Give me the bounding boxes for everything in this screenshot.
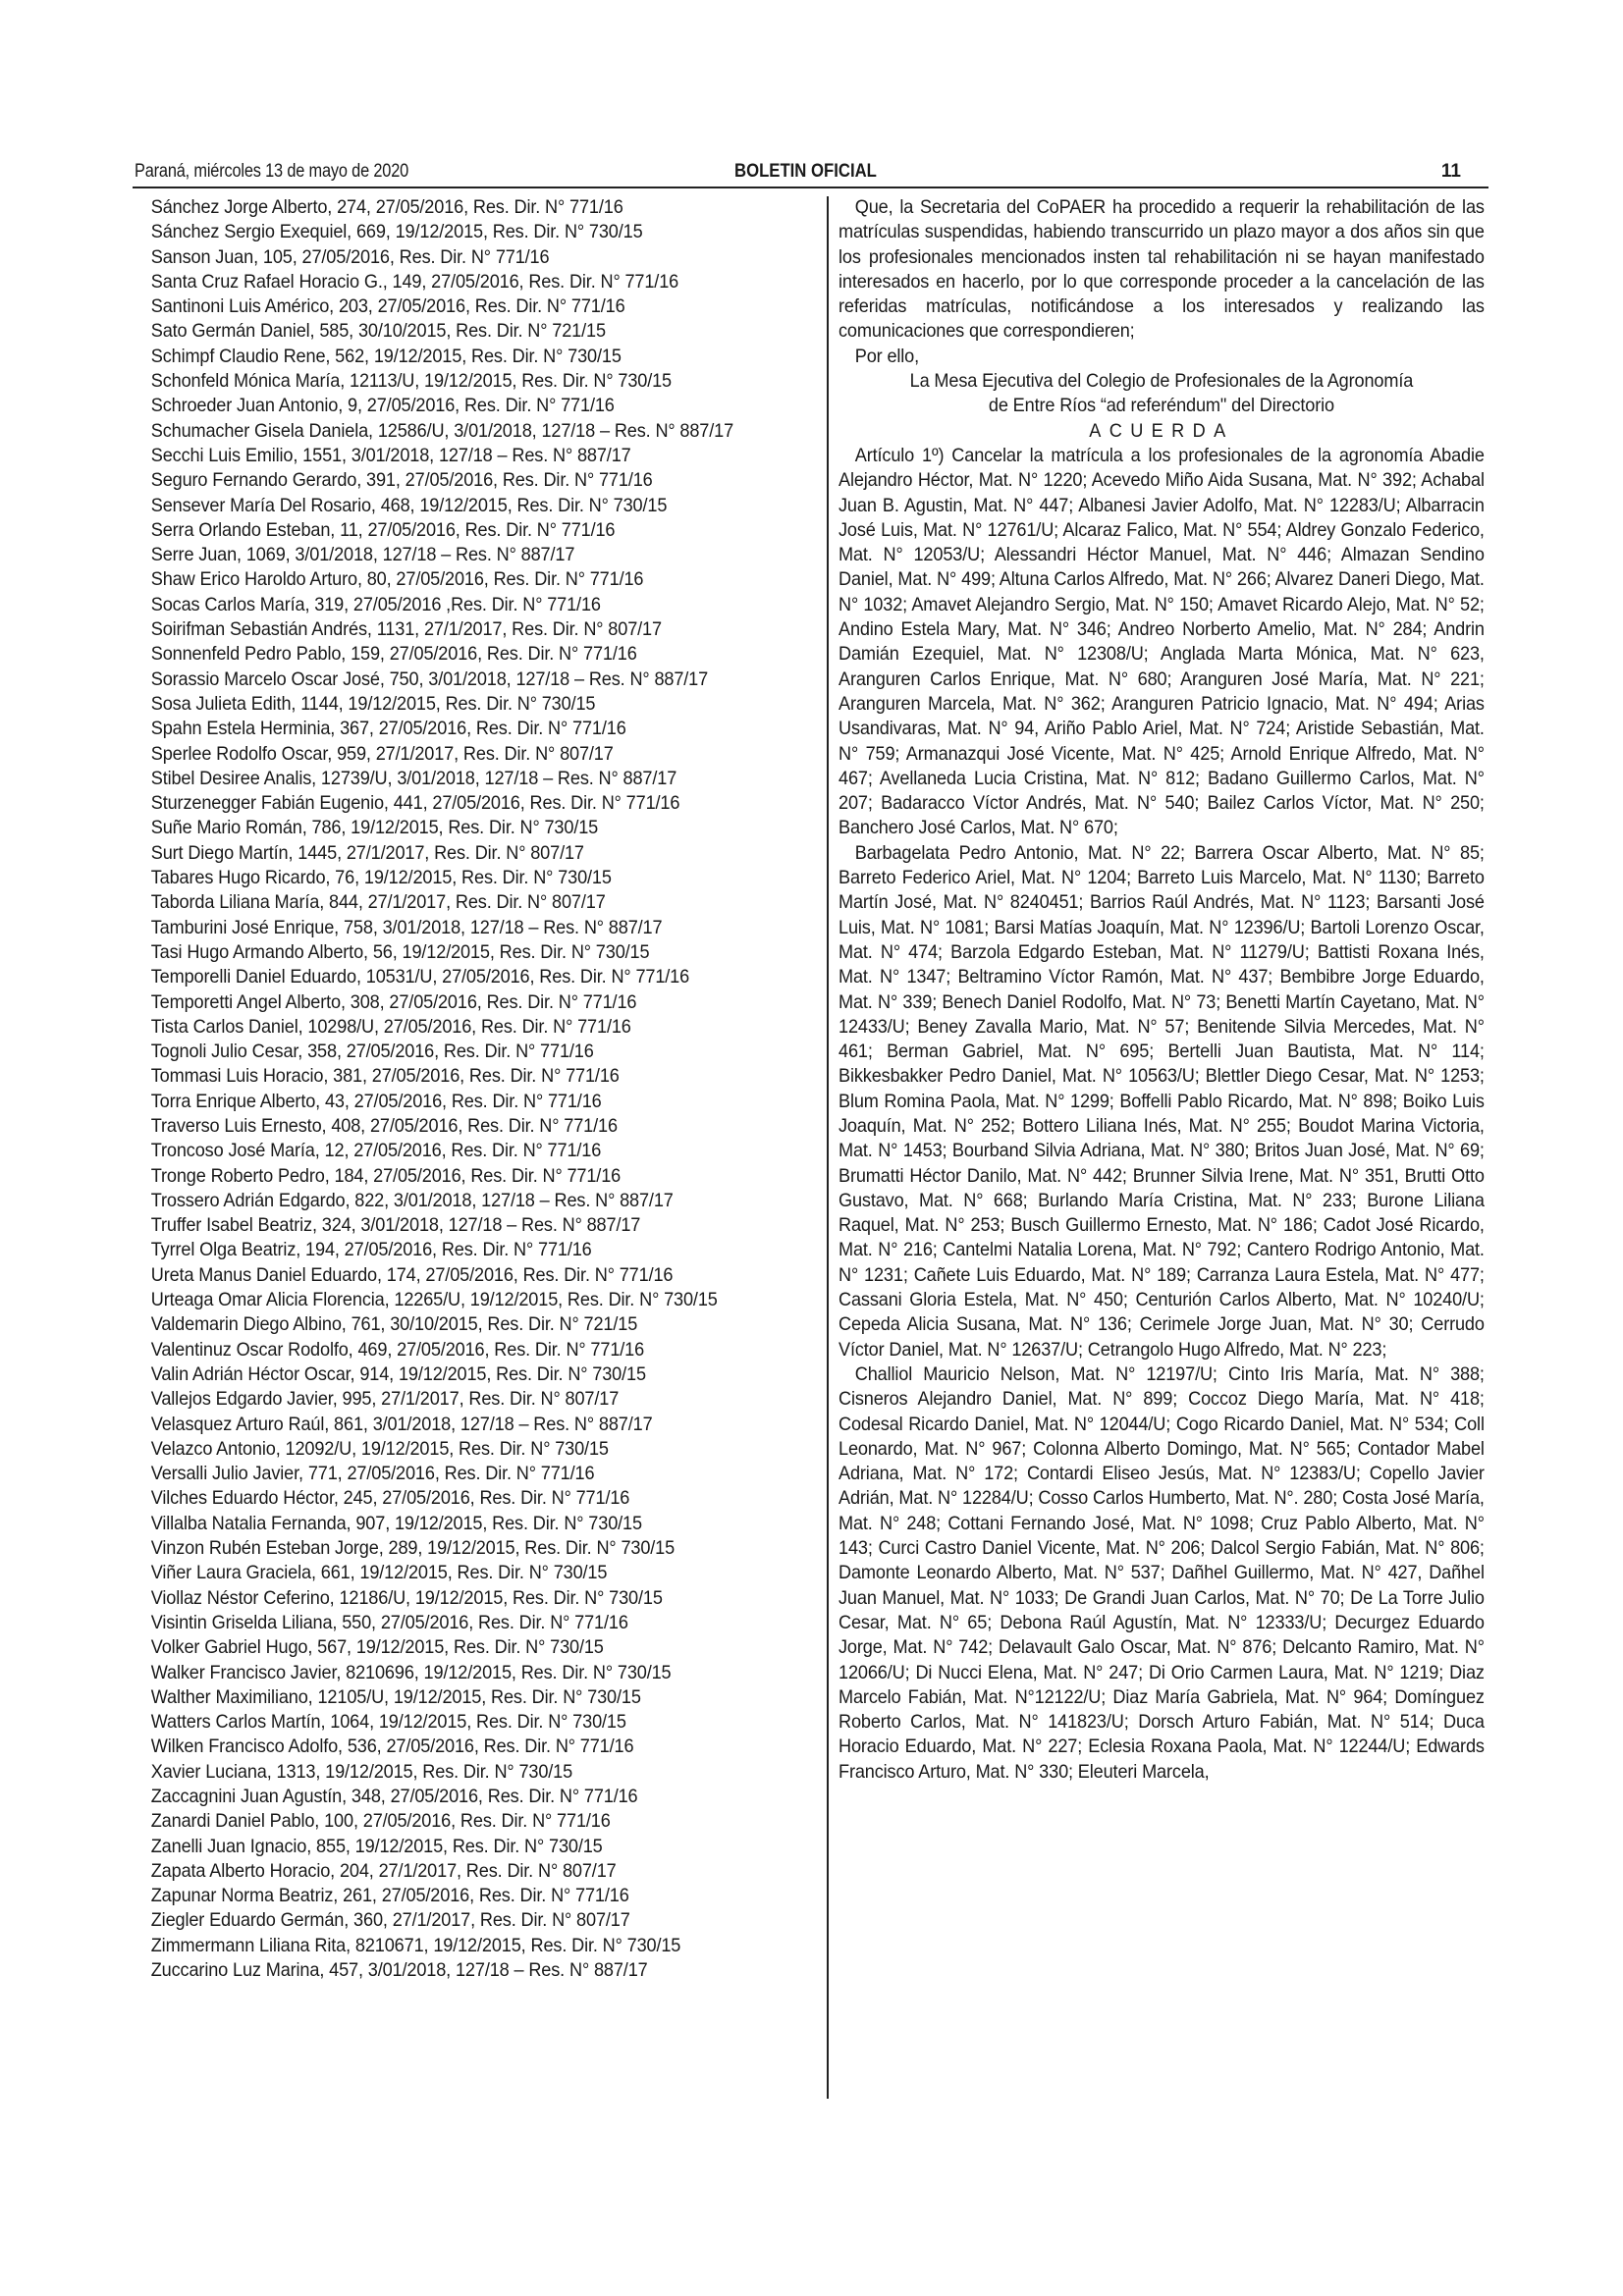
registry-entry: Troncoso José María, 12, 27/05/2016, Res… [135, 1139, 817, 1163]
registry-entry: Volker Gabriel Hugo, 567, 19/12/2015, Re… [135, 1635, 817, 1660]
registry-entry: Xavier Luciana, 1313, 19/12/2015, Res. D… [135, 1760, 817, 1785]
authority-line-1: La Mesa Ejecutiva del Colegio de Profesi… [839, 369, 1485, 394]
registry-entry: Tasi Hugo Armando Alberto, 56, 19/12/201… [135, 940, 817, 965]
registry-entry: Temporelli Daniel Eduardo, 10531/U, 27/0… [135, 965, 817, 989]
registry-entry: Tommasi Luis Horacio, 381, 27/05/2016, R… [135, 1064, 817, 1089]
registry-entry: Surt Diego Martín, 1445, 27/1/2017, Res.… [135, 841, 817, 866]
articulo-1-paragraph: Artículo 1º) Cancelar la matrícula a los… [839, 444, 1485, 841]
registry-entry: Valin Adrián Héctor Oscar, 914, 19/12/20… [135, 1362, 817, 1387]
registry-entry: Watters Carlos Martín, 1064, 19/12/2015,… [135, 1710, 817, 1735]
registry-entry: Zimmermann Liliana Rita, 8210671, 19/12/… [135, 1934, 817, 1958]
registry-entry: Sorassio Marcelo Oscar José, 750, 3/01/2… [135, 667, 817, 692]
registry-entry: Villalba Natalia Fernanda, 907, 19/12/20… [135, 1512, 817, 1536]
registry-entry: Tamburini José Enrique, 758, 3/01/2018, … [135, 916, 817, 940]
registry-entry: Zaccagnini Juan Agustín, 348, 27/05/2016… [135, 1785, 817, 1809]
registry-entry: Zapunar Norma Beatriz, 261, 27/05/2016, … [135, 1884, 817, 1908]
registry-entry: Tronge Roberto Pedro, 184, 27/05/2016, R… [135, 1164, 817, 1189]
header-date-place: Paraná, miércoles 13 de mayo de 2020 [135, 161, 408, 183]
registry-entry: Schroeder Juan Antonio, 9, 27/05/2016, R… [135, 394, 817, 418]
registry-entry: Schimpf Claudio Rene, 562, 19/12/2015, R… [135, 345, 817, 369]
registry-entry: Vilches Eduardo Héctor, 245, 27/05/2016,… [135, 1486, 817, 1511]
considerando-paragraph: Que, la Secretaria del CoPAER ha procedi… [839, 195, 1485, 345]
registry-entry: Serre Juan, 1069, 3/01/2018, 127/18 – Re… [135, 543, 817, 567]
registry-entry: Soirifman Sebastián Andrés, 1131, 27/1/2… [135, 617, 817, 642]
registry-entry: Urteaga Omar Alicia Florencia, 12265/U, … [135, 1288, 817, 1312]
resolution-body: Que, la Secretaria del CoPAER ha procedi… [839, 195, 1485, 1785]
registry-entry: Zanardi Daniel Pablo, 100, 27/05/2016, R… [135, 1809, 817, 1834]
registry-entry: Sosa Julieta Edith, 1144, 19/12/2015, Re… [135, 692, 817, 717]
registry-entry: Tista Carlos Daniel, 10298/U, 27/05/2016… [135, 1015, 817, 1040]
registry-entry: Schumacher Gisela Daniela, 12586/U, 3/01… [135, 419, 817, 444]
registry-entry: Sánchez Jorge Alberto, 274, 27/05/2016, … [135, 195, 817, 220]
header-page-number: 11 [1441, 161, 1461, 183]
registry-entry: Truffer Isabel Beatriz, 324, 3/01/2018, … [135, 1213, 817, 1238]
left-column-registry-list: Sánchez Jorge Alberto, 274, 27/05/2016, … [135, 195, 817, 1983]
registry-entry: Sanson Juan, 105, 27/05/2016, Res. Dir. … [135, 245, 817, 270]
registry-entry: Temporetti Angel Alberto, 308, 27/05/201… [135, 990, 817, 1015]
registry-entry: Wilken Francisco Adolfo, 536, 27/05/2016… [135, 1735, 817, 1759]
registry-entry: Walker Francisco Javier, 8210696, 19/12/… [135, 1661, 817, 1685]
registry-entry: Walther Maximiliano, 12105/U, 19/12/2015… [135, 1685, 817, 1710]
registry-entry: Sánchez Sergio Exequiel, 669, 19/12/2015… [135, 220, 817, 244]
registry-entry: Valdemarin Diego Albino, 761, 30/10/2015… [135, 1312, 817, 1337]
registry-entry: Zanelli Juan Ignacio, 855, 19/12/2015, R… [135, 1835, 817, 1859]
registry-entry: Ureta Manus Daniel Eduardo, 174, 27/05/2… [135, 1263, 817, 1288]
registry-entry: Torra Enrique Alberto, 43, 27/05/2016, R… [135, 1090, 817, 1114]
registry-entry: Traverso Luis Ernesto, 408, 27/05/2016, … [135, 1114, 817, 1139]
por-ello-line: Por ello, [839, 345, 1485, 369]
registry-entry: Suñe Mario Román, 786, 19/12/2015, Res. … [135, 816, 817, 840]
registry-entry: Visintin Griselda Liliana, 550, 27/05/20… [135, 1611, 817, 1635]
registry-entry: Sturzenegger Fabián Eugenio, 441, 27/05/… [135, 791, 817, 816]
registry-entry: Zuccarino Luz Marina, 457, 3/01/2018, 12… [135, 1958, 817, 1983]
cancellation-list-c-paragraph: Challiol Mauricio Nelson, Mat. N° 12197/… [839, 1362, 1485, 1785]
acuerda-heading: ACUERDA [839, 419, 1485, 444]
cancellation-list-b-paragraph: Barbagelata Pedro Antonio, Mat. N° 22; B… [839, 841, 1485, 1362]
registry-entry: Sensever María Del Rosario, 468, 19/12/2… [135, 494, 817, 518]
registry-entry: Tabares Hugo Ricardo, 76, 19/12/2015, Re… [135, 866, 817, 890]
registry-entry: Seguro Fernando Gerardo, 391, 27/05/2016… [135, 468, 817, 493]
column-divider [827, 196, 829, 2099]
entry-list: Sánchez Jorge Alberto, 274, 27/05/2016, … [135, 195, 817, 1983]
registry-entry: Vinzon Rubén Esteban Jorge, 289, 19/12/2… [135, 1536, 817, 1561]
registry-entry: Sato Germán Daniel, 585, 30/10/2015, Res… [135, 319, 817, 344]
authority-line-2: de Entre Ríos “ad referéndum" del Direct… [839, 394, 1485, 418]
registry-entry: Vallejos Edgardo Javier, 995, 27/1/2017,… [135, 1387, 817, 1412]
registry-entry: Serra Orlando Esteban, 11, 27/05/2016, R… [135, 518, 817, 543]
registry-entry: Secchi Luis Emilio, 1551, 3/01/2018, 127… [135, 444, 817, 468]
registry-entry: Taborda Liliana María, 844, 27/1/2017, R… [135, 890, 817, 915]
registry-entry: Spahn Estela Herminia, 367, 27/05/2016, … [135, 717, 817, 741]
registry-entry: Sonnenfeld Pedro Pablo, 159, 27/05/2016,… [135, 642, 817, 667]
registry-entry: Santa Cruz Rafael Horacio G., 149, 27/05… [135, 270, 817, 294]
registry-entry: Shaw Erico Haroldo Arturo, 80, 27/05/201… [135, 567, 817, 592]
header-publication-title: BOLETIN OFICIAL [734, 161, 877, 183]
newspaper-page: Paraná, miércoles 13 de mayo de 2020 BOL… [0, 0, 1623, 2296]
registry-entry: Schonfeld Mónica María, 12113/U, 19/12/2… [135, 369, 817, 394]
registry-entry: Sperlee Rodolfo Oscar, 959, 27/1/2017, R… [135, 742, 817, 767]
registry-entry: Tognoli Julio Cesar, 358, 27/05/2016, Re… [135, 1040, 817, 1064]
registry-entry: Viollaz Néstor Ceferino, 12186/U, 19/12/… [135, 1586, 817, 1611]
registry-entry: Trossero Adrián Edgardo, 822, 3/01/2018,… [135, 1189, 817, 1213]
registry-entry: Velasquez Arturo Raúl, 861, 3/01/2018, 1… [135, 1413, 817, 1437]
page-header: Paraná, miércoles 13 de mayo de 2020 BOL… [133, 157, 1488, 188]
registry-entry: Tyrrel Olga Beatriz, 194, 27/05/2016, Re… [135, 1238, 817, 1262]
right-column-resolution: Que, la Secretaria del CoPAER ha procedi… [839, 195, 1485, 1785]
registry-entry: Valentinuz Oscar Rodolfo, 469, 27/05/201… [135, 1338, 817, 1362]
registry-entry: Stibel Desiree Analis, 12739/U, 3/01/201… [135, 767, 817, 791]
registry-entry: Ziegler Eduardo Germán, 360, 27/1/2017, … [135, 1908, 817, 1933]
registry-entry: Versalli Julio Javier, 771, 27/05/2016, … [135, 1462, 817, 1486]
registry-entry: Santinoni Luis Américo, 203, 27/05/2016,… [135, 294, 817, 319]
registry-entry: Zapata Alberto Horacio, 204, 27/1/2017, … [135, 1859, 817, 1884]
registry-entry: Socas Carlos María, 319, 27/05/2016 ,Res… [135, 593, 817, 617]
registry-entry: Velazco Antonio, 12092/U, 19/12/2015, Re… [135, 1437, 817, 1462]
registry-entry: Viñer Laura Graciela, 661, 19/12/2015, R… [135, 1561, 817, 1585]
